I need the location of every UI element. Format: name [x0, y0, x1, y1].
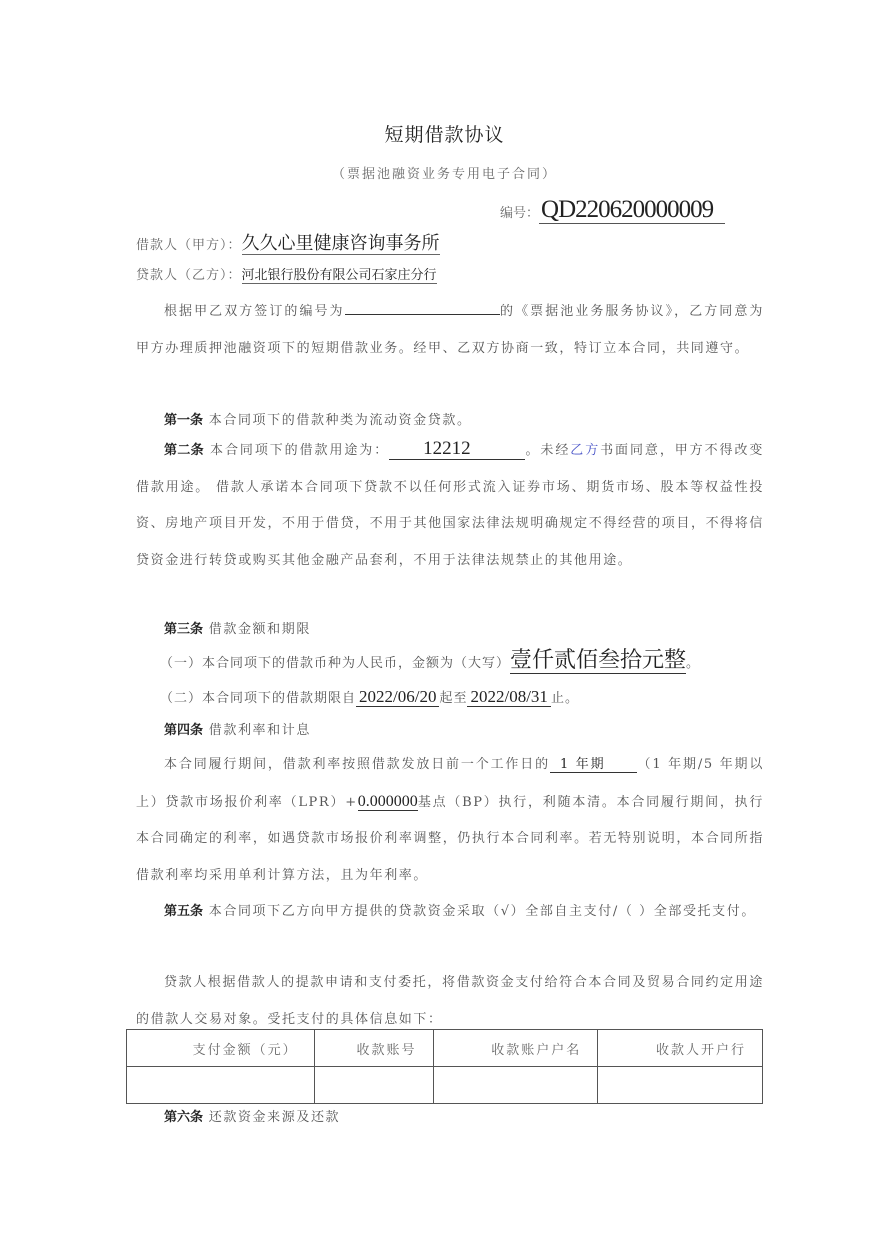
article-4-title: 借款利率和计息 [209, 723, 311, 738]
start-date: 2022/06/20 [356, 687, 439, 707]
article-2-text: 本合同项下的借款用途为： [210, 443, 389, 458]
contract-number-label: 编号： [500, 206, 539, 221]
preamble-text: 根据甲乙双方签订的编号为 [164, 304, 345, 319]
header-bank: 收款人开户行 [598, 1030, 763, 1067]
document-subtitle: （票据池融资业务专用电子合同） [0, 163, 889, 182]
article-5-para-2: 贷款人根据借款人的提款申请和支付委托，将借款资金支付给符合本合同及贸易合同约定用… [136, 965, 764, 1038]
item-2-end: 止。 [551, 691, 579, 706]
article-3-label: 第三条 [164, 622, 203, 637]
article-5-para-2-text: 贷款人根据借款人的提款申请和支付委托，将借款资金支付给符合本合同及贸易合同约定用… [136, 975, 764, 1027]
article-4-heading: 第四条 借款利率和计息 [136, 713, 764, 750]
preamble: 根据甲乙双方签订的编号为的《票据池业务服务协议》，乙方同意为甲方办理质押池融资项… [136, 294, 764, 367]
document-title: 短期借款协议 [0, 120, 889, 147]
end-date: 2022/08/31 [467, 687, 550, 707]
article-4-text: 本合同履行期间，借款利率按照借款发放日前一个工作日的 [164, 757, 550, 772]
article-2-text-after: 书面同意，甲方不得改变借款用途。 借款人承诺本合同项下贷款不以任何形式流入证券市… [136, 443, 764, 568]
cell-account-name [433, 1067, 598, 1104]
article-6-title: 还款资金来源及还款 [209, 1110, 340, 1125]
article-1-text: 本合同项下的借款种类为流动资金贷款。 [209, 413, 472, 428]
item-1-end: 。 [686, 656, 700, 671]
article-6-label: 第六条 [164, 1110, 203, 1125]
borrower-line: 借款人（甲方）：久久心里健康咨询事务所 [136, 229, 440, 255]
header-amount: 支付金额（元） [127, 1030, 315, 1067]
item-1-text: （一）本合同项下的借款币种为人民币，金额为（大写） [160, 656, 510, 671]
borrower-name: 久久心里健康咨询事务所 [242, 233, 440, 255]
article-2-label: 第二条 [164, 443, 204, 458]
contract-number: 编号：QD220620000009 [500, 196, 725, 224]
borrower-label: 借款人（甲方）： [136, 238, 242, 253]
article-4-label: 第四条 [164, 723, 203, 738]
article-3-title: 借款金额和期限 [209, 622, 311, 637]
item-2-text: （二）本合同项下的借款期限自 [160, 691, 356, 706]
header-account-no: 收款账号 [314, 1030, 433, 1067]
lender-line: 贷款人（乙方）：河北银行股份有限公司石家庄分行 [136, 264, 437, 283]
article-2: 第二条 本合同项下的借款用途为：12212。未经乙方书面同意，甲方不得改变借款用… [136, 433, 764, 579]
contract-number-value: QD220620000009 [539, 196, 725, 224]
article-5-label: 第五条 [164, 904, 203, 919]
lender-name: 河北银行股份有限公司石家庄分行 [242, 268, 437, 284]
cell-account-no [314, 1067, 433, 1104]
article-6-heading: 第六条 还款资金来源及还款 [136, 1100, 764, 1137]
article-3-item-1: （一）本合同项下的借款币种为人民币，金额为（大写）壹仟贰佰叁拾元整。 [160, 643, 770, 683]
article-3-item-2: （二）本合同项下的借款期限自2022/06/20起至2022/08/31止。 [160, 679, 770, 718]
basis-points: 0.000000 [358, 793, 418, 811]
party-highlight: 乙方 [570, 443, 600, 458]
article-5: 第五条 本合同项下乙方向甲方提供的贷款资金采取（√）全部自主支付/（ ）全部受托… [136, 894, 764, 931]
article-4-body: 本合同履行期间，借款利率按照借款发放日前一个工作日的 1 年期 （1 年期/5 … [136, 747, 764, 894]
cell-amount [127, 1067, 315, 1104]
article-2-mid: 。未经 [525, 443, 570, 458]
lender-label: 贷款人（乙方）： [136, 268, 242, 283]
table-header-row: 支付金额（元） 收款账号 收款账户户名 收款人开户行 [127, 1030, 763, 1067]
article-1-label: 第一条 [164, 413, 203, 428]
table-row [127, 1067, 763, 1104]
payment-table: 支付金额（元） 收款账号 收款账户户名 收款人开户行 [126, 1029, 763, 1104]
cell-bank [598, 1067, 763, 1104]
lpr-term: 1 年期 [550, 757, 638, 773]
agreement-number-blank [345, 300, 500, 315]
loan-amount: 壹仟贰佰叁拾元整 [510, 648, 686, 674]
item-2-mid: 起至 [439, 691, 467, 706]
header-account-name: 收款账户户名 [433, 1030, 598, 1067]
loan-usage-value: 12212 [389, 439, 525, 460]
article-5-text: 本合同项下乙方向甲方提供的贷款资金采取（√）全部自主支付/（ ）全部受托支付。 [209, 904, 756, 919]
